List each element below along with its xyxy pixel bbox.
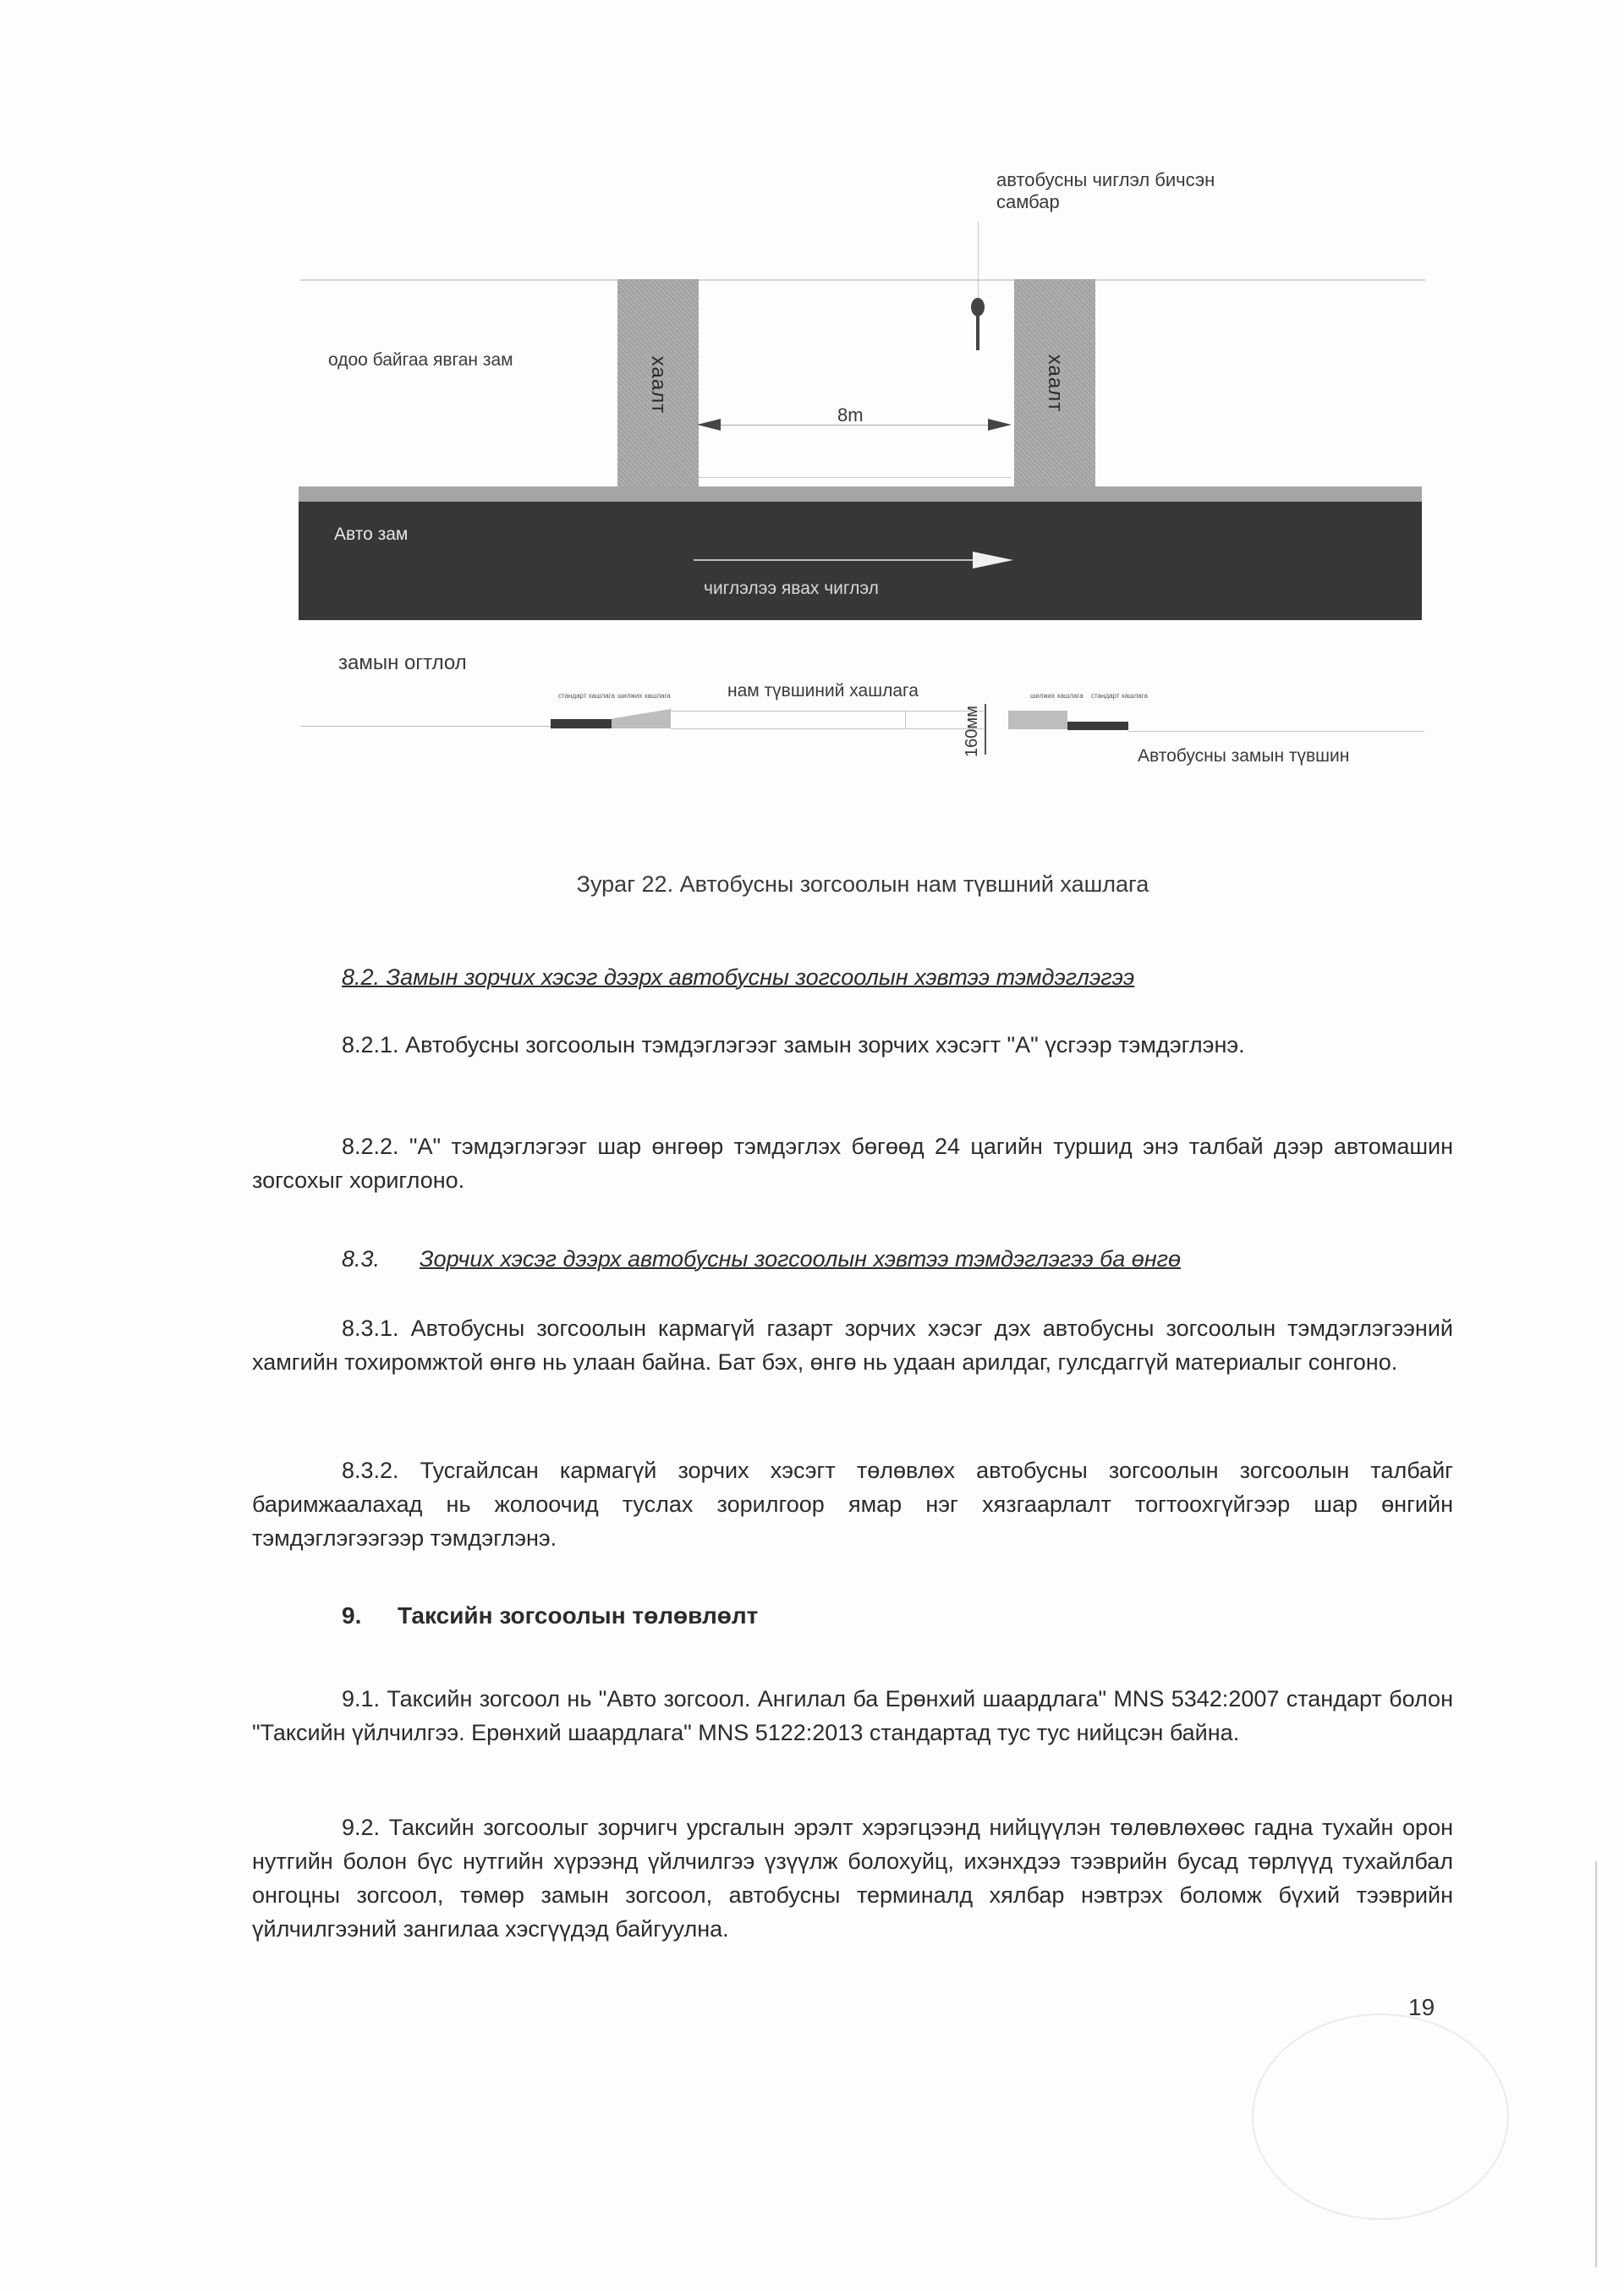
bus-level-label: Автобусны замын түвшин [1138,746,1349,766]
barrier-left: хаалт [617,279,699,491]
platform-line [699,477,1012,478]
paragraph-8-3-2: 8.3.2. Тусгайлсан кармагүй зорчих хэсэгт… [252,1453,1453,1555]
barrier-left-label: хаалт [646,356,670,414]
sign-label: автобусны чиглэл бичсэн самбар [996,169,1215,213]
road-label: Авто зам [334,525,408,545]
paragraph-8-2-1: 8.2.1. Автобусны зогсоолын тэмдэглэгээг … [252,1028,1453,1062]
paragraph-8-3-1: 8.3.1. Автобусны зогсоолын кармагүй газа… [252,1311,1453,1379]
sidewalk-label: одоо байгаа явган зам [328,350,513,371]
standard-curb-left [551,719,612,728]
mini-label: стандарт хашлага [1091,692,1142,700]
standard-curb-right [1067,722,1128,730]
platform-bottom [671,728,984,729]
sidewalk-edge-line [300,279,1425,281]
faded-stamp [1252,2014,1509,2220]
raised-curb-label: нам түвшиний хашлага [727,681,919,701]
direction-line [694,559,981,561]
curb-strip [299,486,1422,502]
ground-line-right [1128,731,1424,732]
height-measure-line [985,704,986,755]
section-title: Таксийн зогсоолын төлөвлөлт [398,1602,758,1629]
section-title: Зорчих хэсэг дээрх автобусны зогсоолын х… [420,1246,1181,1272]
sign-label-line2: самбар [996,191,1215,213]
barrier-right-label: хаалт [1043,354,1067,411]
transition-curb-right [1008,711,1067,729]
section-heading-8-2: 8.2. Замын зорчих хэсэг дээрх автобусны … [342,960,1134,994]
paragraph-8-2-2: 8.2.2. "А" тэмдэглэгээг шар өнгөөр тэмдэ… [252,1129,1453,1197]
paragraph-9-1: 9.1. Таксийн зогсоол нь "Авто зогсоол. А… [252,1682,1453,1750]
section-number: 9. [342,1599,398,1633]
section-label: замын огтлол [338,651,467,675]
transition-curb-left [612,709,671,728]
scan-edge-line [1595,1861,1597,2267]
ground-line-left [300,726,554,727]
paragraph-9-2: 9.2. Таксийн зогсоолыг зорчигч урсгалын … [252,1810,1453,1946]
road [299,502,1422,620]
platform-divider [905,711,906,728]
arrow-left-icon [697,419,721,431]
section-heading-9: 9.Таксийн зогсоолын төлөвлөлт [342,1599,758,1633]
height-measure-label: 160мм [963,706,982,757]
platform-top [671,711,984,711]
figure-caption: Зураг 22. Автобусны зогсоолын нам түвшни… [457,871,1269,898]
direction-arrow-icon [973,552,1013,569]
mini-label: шилжих хашлага [617,692,668,700]
sign-post [976,313,979,350]
section-heading-8-3: 8.3.Зорчих хэсэг дээрх автобусны зогсоол… [342,1242,1181,1276]
leader-line [978,222,979,302]
arrow-right-icon [988,419,1012,431]
dimension-label: 8m [837,404,864,426]
barrier-right: хаалт [1014,279,1095,486]
section-number: 8.3. [342,1242,420,1276]
direction-label: чиглэлээ явах чиглэл [704,579,879,599]
mini-label: шилжих хашлага [1030,692,1081,700]
sign-label-line1: автобусны чиглэл бичсэн [996,169,1215,191]
mini-label: стандарт хашлага [558,692,609,700]
